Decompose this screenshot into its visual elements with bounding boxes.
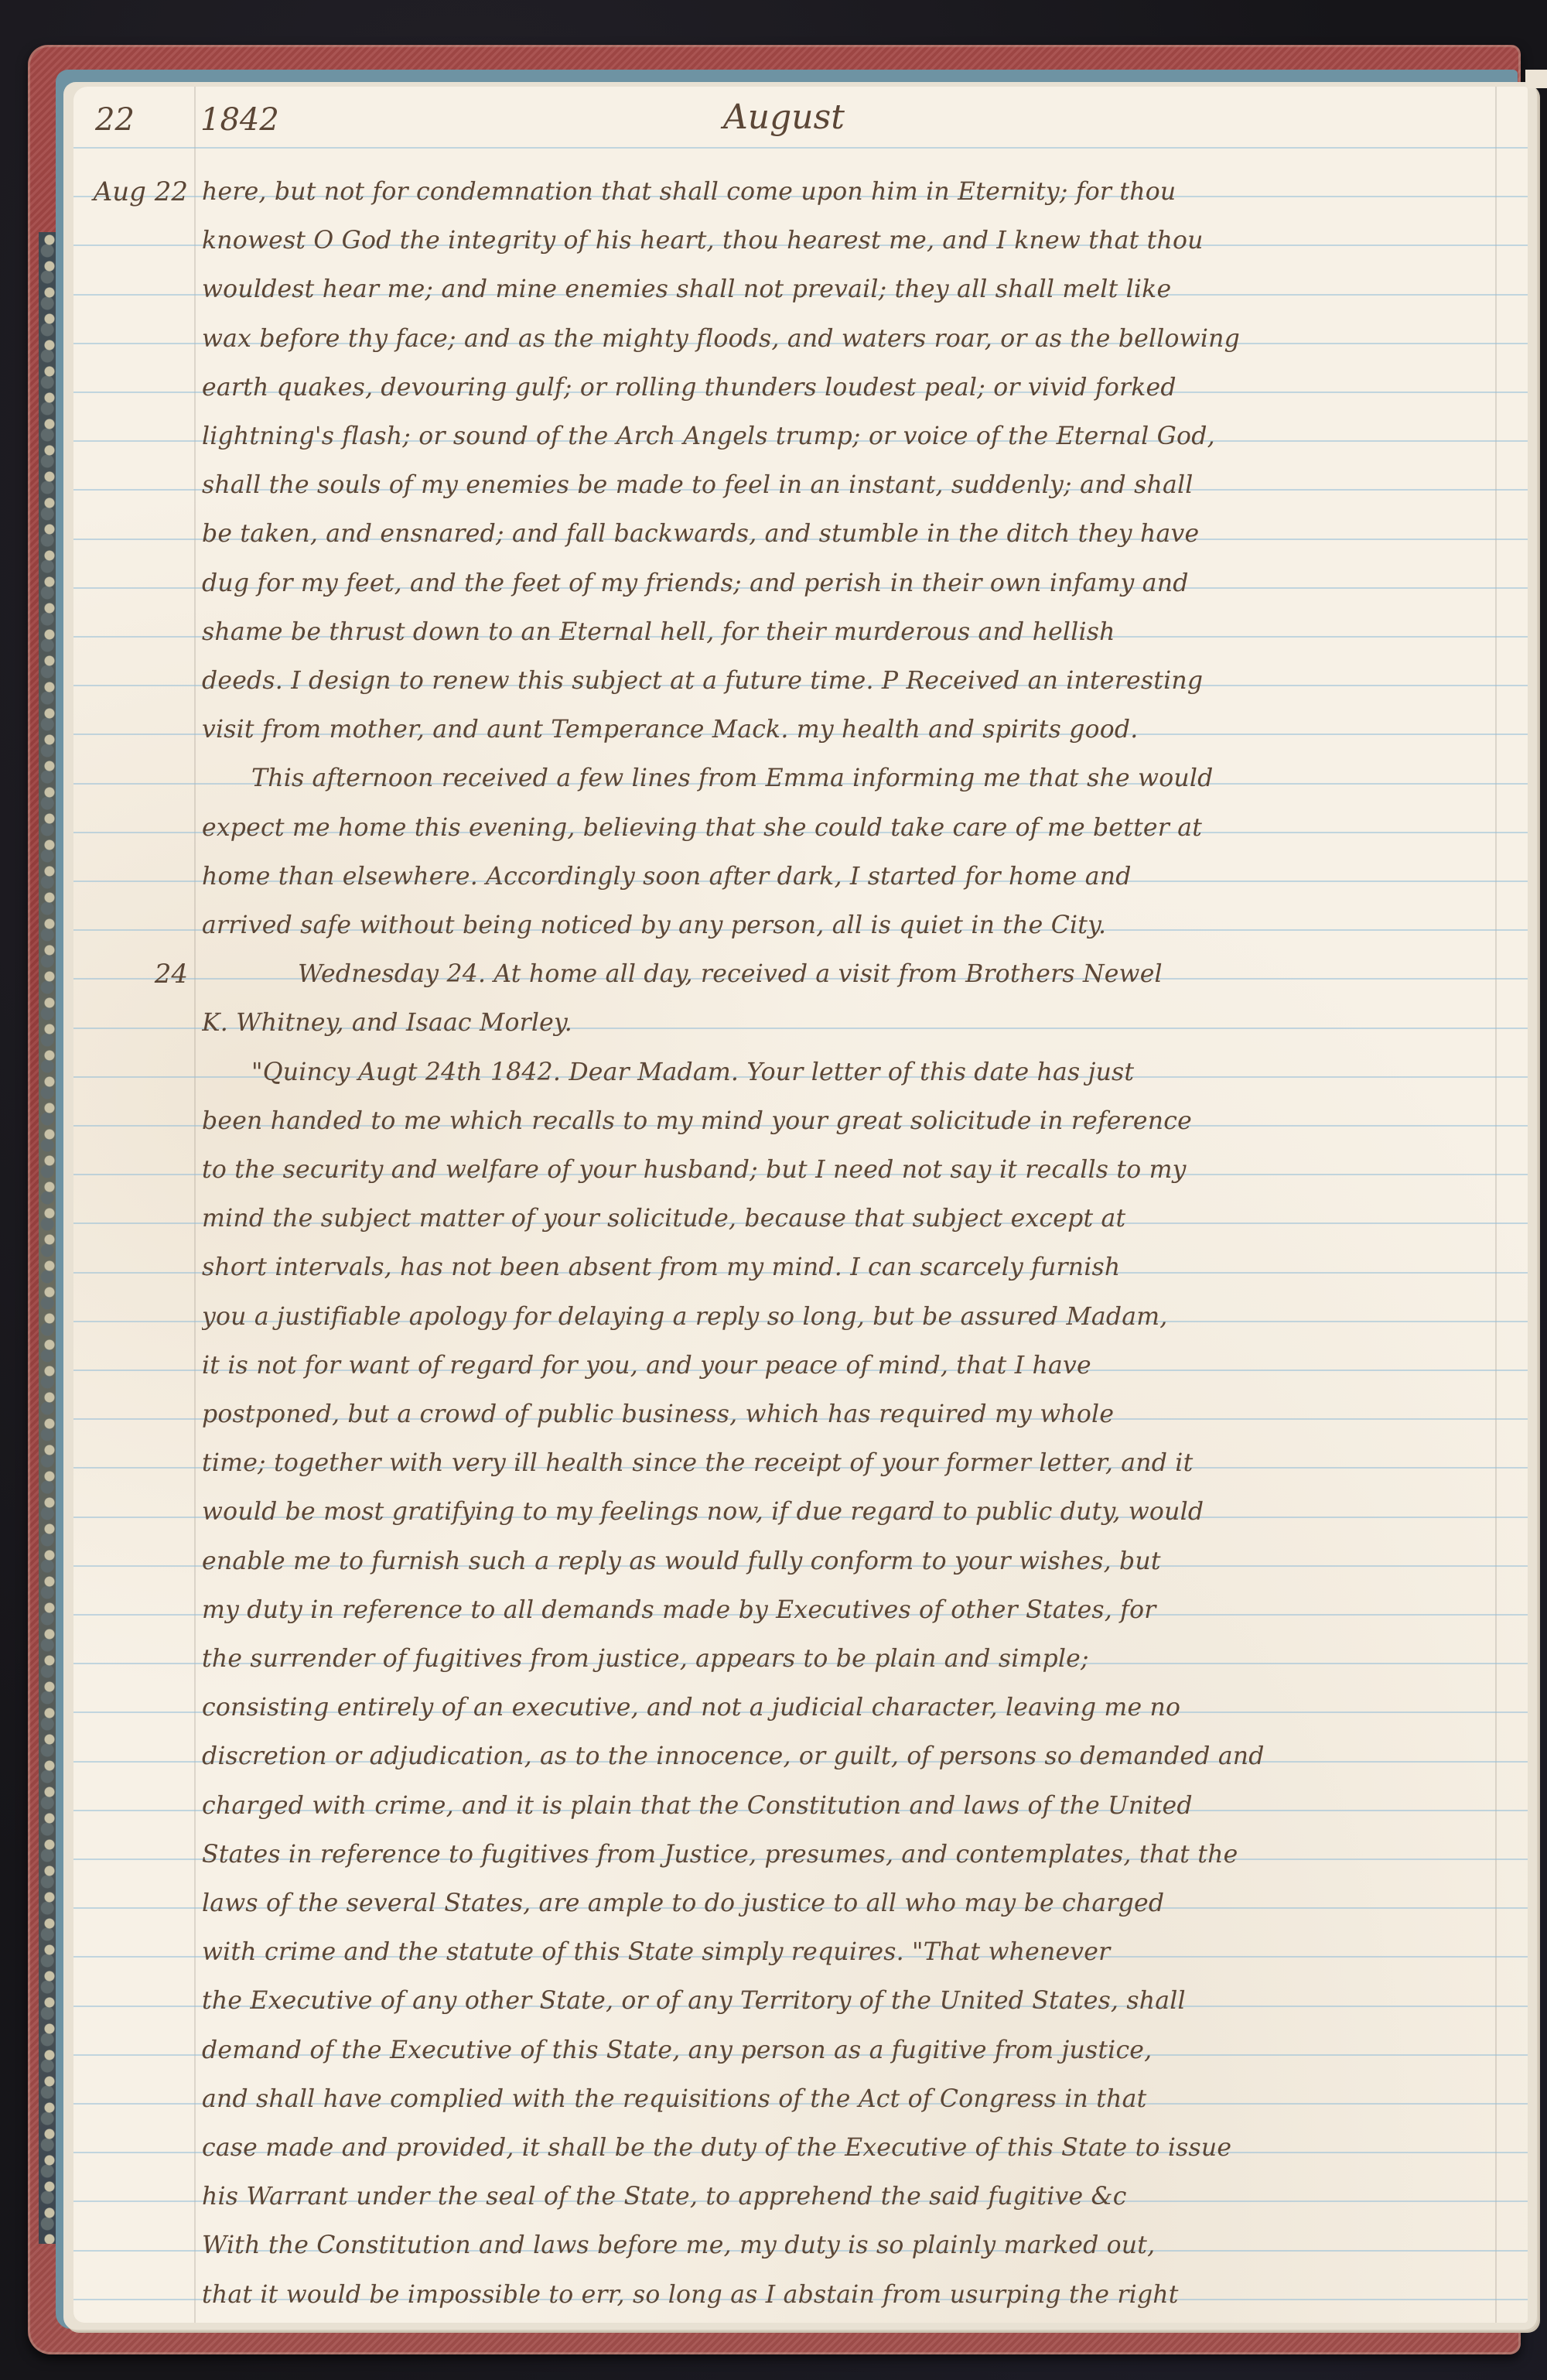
text-line: visit from mother, and aunt Temperance M… [202,714,1494,745]
text-line: With the Constitution and laws before me… [202,2230,1494,2261]
text-line: home than elsewhere. Accordingly soon af… [202,861,1494,892]
text-line: knowest O God the integrity of his heart… [202,225,1494,256]
page-tab-slip [1525,70,1547,88]
text-line: This afternoon received a few lines from… [251,763,1494,794]
text-line: consisting entirely of an executive, and… [202,1692,1494,1723]
margin-date: 24 [77,959,193,990]
header-year: 1842 [200,102,279,138]
text-line: laws of the several States, are ample to… [202,1888,1494,1919]
text-line: expect me home this evening, believing t… [202,812,1494,843]
text-line: States in reference to fugitives from Ju… [202,1839,1494,1870]
text-line: short intervals, has not been absent fro… [202,1252,1494,1283]
text-line: you a justifiable apology for delaying a… [202,1301,1494,1332]
page-number: 22 [95,102,135,138]
text-line: wouldest hear me; and mine enemies shall… [202,274,1494,305]
text-line: enable me to furnish such a reply as wou… [202,1546,1494,1577]
text-line: it is not for want of regard for you, an… [202,1350,1494,1381]
text-line: earth quakes, devouring gulf; or rolling… [202,372,1494,403]
text-line: shame be thrust down to an Eternal hell,… [202,617,1494,648]
text-line: time; together with very ill health sinc… [202,1448,1494,1479]
text-line: to the security and welfare of your husb… [202,1154,1494,1185]
left-margin-rule [194,87,196,2323]
text-line: the surrender of fugitives from justice,… [202,1643,1494,1674]
journal-page: 22 1842 August Aug 2224 here, but not fo… [73,87,1528,2323]
text-line: K. Whitney, and Isaac Morley. [202,1007,1494,1038]
margin-date: Aug 22 [77,176,193,207]
text-line: discretion or adjudication, as to the in… [202,1741,1494,1772]
text-line: postponed, but a crowd of public busines… [202,1399,1494,1430]
text-line: charged with crime, and it is plain that… [202,1790,1494,1821]
text-line: shall the souls of my enemies be made to… [202,470,1494,501]
text-line: arrived safe without being noticed by an… [202,910,1494,941]
text-line: my duty in reference to all demands made… [202,1595,1494,1626]
ruled-line [73,147,1528,149]
text-line: dug for my feet, and the feet of my frie… [202,568,1494,599]
text-line: here, but not for condemnation that shal… [202,176,1494,207]
header-month: August [723,97,845,137]
text-line: demand of the Executive of this State, a… [202,2035,1494,2066]
text-line: deeds. I design to renew this subject at… [202,665,1494,696]
text-line: Wednesday 24. At home all day, received … [298,959,1494,990]
text-line: mind the subject matter of your solicitu… [202,1203,1494,1234]
text-line: lightning's flash; or sound of the Arch … [202,421,1494,452]
text-line: that it would be impossible to err, so l… [202,2279,1494,2310]
text-line: case made and provided, it shall be the … [202,2132,1494,2163]
text-line: and shall have complied with the requisi… [202,2084,1494,2115]
text-line: been handed to me which recalls to my mi… [202,1106,1494,1137]
text-line: wax before thy face; and as the mighty f… [202,323,1494,354]
text-line: would be most gratifying to my feelings … [202,1496,1494,1527]
text-line: with crime and the statute of this State… [202,1937,1494,1968]
text-line: the Executive of any other State, or of … [202,1985,1494,2016]
right-margin-rule [1495,87,1497,2323]
text-line: be taken, and ensnared; and fall backwar… [202,518,1494,549]
text-line: his Warrant under the seal of the State,… [202,2181,1494,2212]
text-line: "Quincy Augt 24th 1842. Dear Madam. Your… [251,1057,1494,1088]
